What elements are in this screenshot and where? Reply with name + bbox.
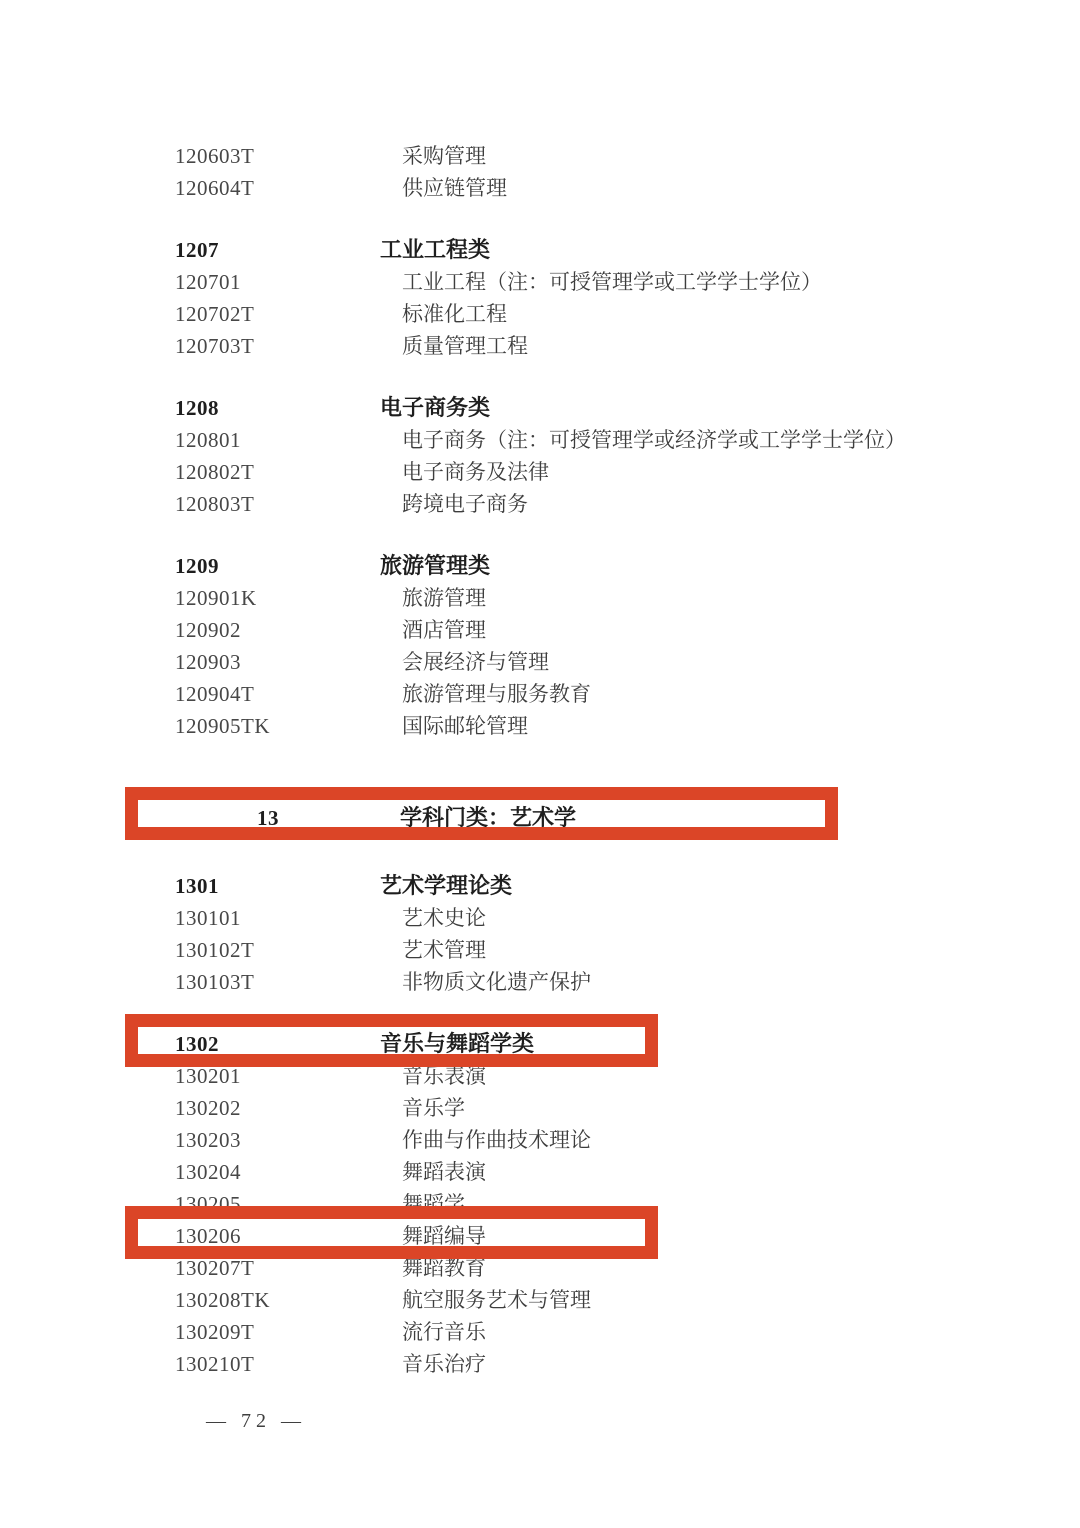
major-code: 130207T [175, 1252, 254, 1284]
major-code: 1302 [175, 1028, 219, 1060]
major-code: 1208 [175, 392, 219, 424]
row-120902: 120902酒店管理 [0, 614, 1080, 646]
major-name: 工业工程（注：可授管理学或工学学士学位） [402, 266, 822, 298]
section-1302: 1302音乐与舞蹈学类130201音乐表演130202音乐学130203作曲与作… [0, 1028, 1080, 1380]
row-130204: 130204舞蹈表演 [0, 1156, 1080, 1188]
major-name: 酒店管理 [402, 614, 486, 646]
row-120901K: 120901K旅游管理 [0, 582, 1080, 614]
major-name: 作曲与作曲技术理论 [402, 1124, 591, 1156]
major-code: 130103T [175, 966, 254, 998]
section-1301: 1301艺术学理论类130101艺术史论130102T艺术管理130103T非物… [0, 870, 1080, 998]
row-120604T: 120604T供应链管理 [0, 172, 1080, 204]
row-130206: 130206舞蹈编导 [0, 1220, 1080, 1252]
section-1208: 1208电子商务类120801电子商务（注：可授管理学或经济学或工学学士学位）1… [0, 392, 1080, 520]
major-name: 舞蹈教育 [402, 1252, 486, 1284]
major-name: 舞蹈表演 [402, 1156, 486, 1188]
row-130208TK: 130208TK航空服务艺术与管理 [0, 1284, 1080, 1316]
row-130202: 130202音乐学 [0, 1092, 1080, 1124]
major-code: 120903 [175, 646, 241, 678]
major-code: 1301 [175, 870, 219, 902]
row-120703T: 120703T质量管理工程 [0, 330, 1080, 362]
row-120801: 120801电子商务（注：可授管理学或经济学或工学学士学位） [0, 424, 1080, 456]
major-name: 旅游管理 [402, 582, 486, 614]
major-code: 130204 [175, 1156, 241, 1188]
major-code: 130102T [175, 934, 254, 966]
group-header-1208: 1208电子商务类 [0, 392, 1080, 424]
row-120701: 120701工业工程（注：可授管理学或工学学士学位） [0, 266, 1080, 298]
major-name: 跨境电子商务 [402, 488, 528, 520]
section-1207: 1207工业工程类120701工业工程（注：可授管理学或工学学士学位）12070… [0, 234, 1080, 362]
major-code: 130209T [175, 1316, 254, 1348]
major-code: 130201 [175, 1060, 241, 1092]
row-120905TK: 120905TK国际邮轮管理 [0, 710, 1080, 742]
major-name: 音乐学 [402, 1092, 465, 1124]
major-code: 130203 [175, 1124, 241, 1156]
major-name: 音乐治疗 [402, 1348, 486, 1380]
major-code: 130210T [175, 1348, 254, 1380]
major-name: 标准化工程 [402, 298, 507, 330]
group-header-1207: 1207工业工程类 [0, 234, 1080, 266]
major-name: 航空服务艺术与管理 [402, 1284, 591, 1316]
major-code: 120905TK [175, 710, 270, 742]
major-name: 工业工程类 [380, 234, 490, 266]
major-name: 音乐表演 [402, 1060, 486, 1092]
major-name: 电子商务及法律 [402, 456, 549, 488]
row-130210T: 130210T音乐治疗 [0, 1348, 1080, 1380]
major-code: 120803T [175, 488, 254, 520]
section-1209: 1209旅游管理类120901K旅游管理120902酒店管理120903会展经济… [0, 550, 1080, 742]
major-name: 音乐与舞蹈学类 [380, 1028, 534, 1060]
row-130207T: 130207T舞蹈教育 [0, 1252, 1080, 1284]
major-code: 120802T [175, 456, 254, 488]
group-header-1302: 1302音乐与舞蹈学类 [0, 1028, 1080, 1060]
major-code: 120703T [175, 330, 254, 362]
major-code: 1207 [175, 234, 219, 266]
major-code: 130205 [175, 1188, 241, 1220]
row-130203: 130203作曲与作曲技术理论 [0, 1124, 1080, 1156]
major-name: 学科门类：艺术学 [400, 802, 576, 834]
major-code: 120901K [175, 582, 257, 614]
group-header-1301: 1301艺术学理论类 [0, 870, 1080, 902]
major-code: 130206 [175, 1220, 241, 1252]
major-name: 电子商务类 [380, 392, 490, 424]
major-code: 120603T [175, 140, 254, 172]
major-code: 13 [257, 802, 279, 834]
row-130209T: 130209T流行音乐 [0, 1316, 1080, 1348]
major-name: 旅游管理类 [380, 550, 490, 582]
major-code: 130101 [175, 902, 241, 934]
major-code: 120702T [175, 298, 254, 330]
row-130102T: 130102T艺术管理 [0, 934, 1080, 966]
section-continuation: 120603T采购管理120604T供应链管理 [0, 140, 1080, 204]
row-120803T: 120803T跨境电子商务 [0, 488, 1080, 520]
group-header-1209: 1209旅游管理类 [0, 550, 1080, 582]
major-name: 供应链管理 [402, 172, 507, 204]
row-120903: 120903会展经济与管理 [0, 646, 1080, 678]
document-page: 120603T采购管理120604T供应链管理1207工业工程类120701工业… [0, 0, 1080, 1528]
row-120802T: 120802T电子商务及法律 [0, 456, 1080, 488]
major-name: 电子商务（注：可授管理学或经济学或工学学士学位） [402, 424, 906, 456]
major-name: 舞蹈编导 [402, 1220, 486, 1252]
row-130201: 130201音乐表演 [0, 1060, 1080, 1092]
major-name: 会展经济与管理 [402, 646, 549, 678]
major-code: 1209 [175, 550, 219, 582]
major-code: 130202 [175, 1092, 241, 1124]
major-name: 舞蹈学 [402, 1188, 465, 1220]
catalog: 120603T采购管理120604T供应链管理1207工业工程类120701工业… [0, 0, 1080, 1380]
major-code: 120904T [175, 678, 254, 710]
major-name: 旅游管理与服务教育 [402, 678, 591, 710]
row-120904T: 120904T旅游管理与服务教育 [0, 678, 1080, 710]
major-code: 120902 [175, 614, 241, 646]
row-130103T: 130103T非物质文化遗产保护 [0, 966, 1080, 998]
major-name: 流行音乐 [402, 1316, 486, 1348]
row-130205: 130205舞蹈学 [0, 1188, 1080, 1220]
row-120702T: 120702T标准化工程 [0, 298, 1080, 330]
major-name: 质量管理工程 [402, 330, 528, 362]
major-code: 120801 [175, 424, 241, 456]
major-name: 采购管理 [402, 140, 486, 172]
row-120603T: 120603T采购管理 [0, 140, 1080, 172]
major-name: 艺术史论 [402, 902, 486, 934]
division-header-13: 13学科门类：艺术学 [0, 802, 1080, 834]
major-name: 艺术学理论类 [380, 870, 512, 902]
major-code: 120604T [175, 172, 254, 204]
major-code: 120701 [175, 266, 241, 298]
major-name: 艺术管理 [402, 934, 486, 966]
page-number: — 72 — [206, 1410, 1080, 1433]
major-name: 非物质文化遗产保护 [402, 966, 591, 998]
section-13: 13学科门类：艺术学 [0, 802, 1080, 834]
row-130101: 130101艺术史论 [0, 902, 1080, 934]
major-name: 国际邮轮管理 [402, 710, 528, 742]
major-code: 130208TK [175, 1284, 270, 1316]
